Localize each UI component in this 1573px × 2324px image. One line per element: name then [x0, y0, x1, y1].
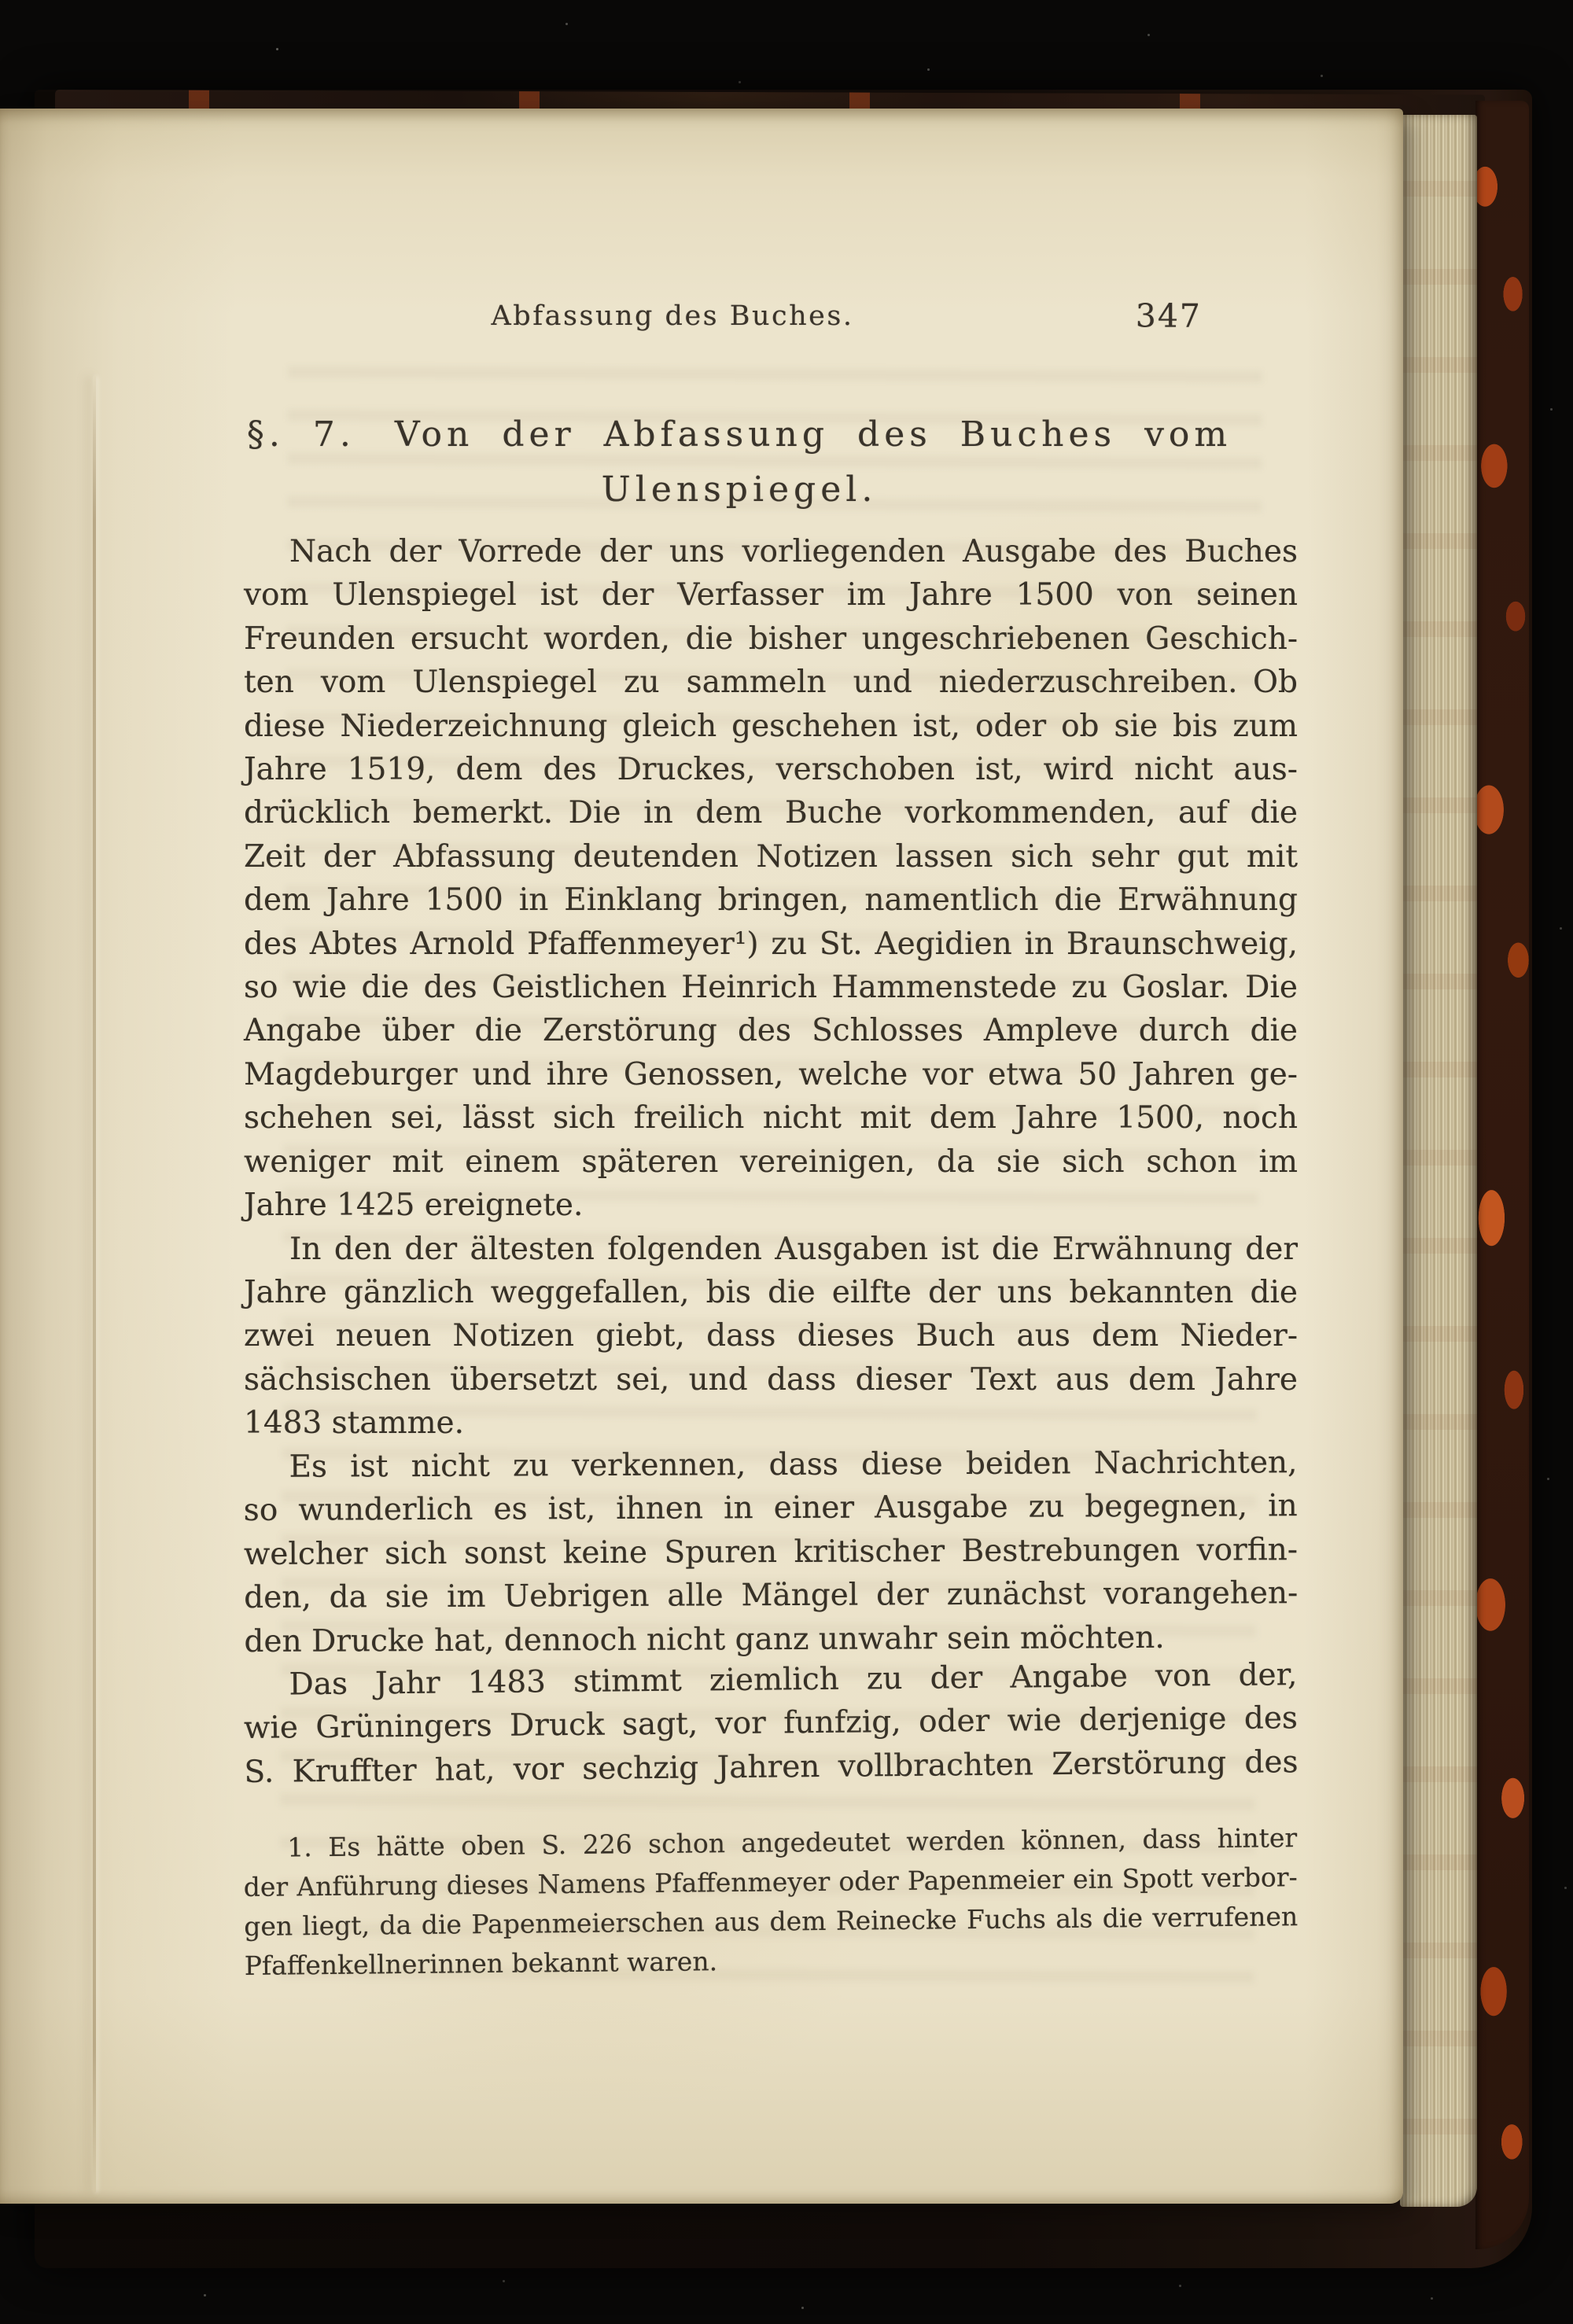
text-line: vom Ulenspiegel ist der Verfasser im Jah…	[244, 573, 1298, 617]
text-block: Nach der Vorrede der uns vorliegenden Au…	[244, 530, 1298, 1986]
text-line: drücklich bemerkt. Die in dem Buche vork…	[244, 791, 1298, 834]
body-paragraph-4: Das Jahr 1483 stimmt ziemlich zu der Ang…	[243, 1653, 1299, 1794]
page-number: 347	[1136, 297, 1202, 335]
text-line: Magdeburger und ihre Genossen, welche vo…	[244, 1053, 1298, 1096]
text-line: so wunderlich es ist, ihnen in einer Aus…	[244, 1484, 1298, 1532]
gutter-crease	[93, 376, 96, 2193]
body-paragraph-2: In den der ältesten folgenden Ausgaben i…	[244, 1228, 1298, 1446]
text-line: so wie die des Geistlichen Heinrich Hamm…	[244, 966, 1298, 1009]
marbled-cover-edge	[1475, 101, 1529, 2249]
text-line: des Abtes Arnold Pfaffenmeyer¹) zu St. A…	[244, 923, 1298, 966]
text-line: weniger mit einem späteren vereinigen, d…	[244, 1140, 1298, 1184]
text-line: sächsischen übersetzt sei, und dass dies…	[244, 1358, 1298, 1401]
book-page: Abfassung des Buches. 347 §. 7. Von der …	[0, 109, 1403, 2204]
text-line: schehen sei, lässt sich freilich nicht m…	[244, 1096, 1298, 1140]
section-heading: §. 7. Von der Abfassung des Buches vom U…	[212, 407, 1266, 517]
text-line: den, da sie im Uebrigen alle Mängel der …	[244, 1571, 1298, 1619]
footnote: 1. Es hätte oben S. 226 schon angedeutet…	[243, 1818, 1299, 1986]
heading-line-2: Ulenspiegel.	[212, 462, 1266, 517]
text-line: 1483 stamme.	[244, 1401, 1298, 1445]
text-line: Es ist nicht zu verkennen, dass diese be…	[243, 1441, 1297, 1489]
text-line: zwei neuen Notizen giebt, dass dieses Bu…	[244, 1314, 1298, 1357]
text-line: Jahre gänzlich weggefallen, bis die eilf…	[244, 1271, 1298, 1314]
text-line: Jahre 1519, dem des Druckes, verschoben …	[244, 748, 1298, 791]
text-line: Jahre 1425 ereignete.	[244, 1184, 1298, 1227]
text-line: welcher sich sonst keine Spuren kritisch…	[244, 1527, 1298, 1575]
text-line: ten vom Ulenspiegel zu sammeln und niede…	[244, 661, 1298, 704]
dust-speckles	[0, 0, 1, 1]
text-line: In den der ältesten folgenden Ausgaben i…	[244, 1228, 1298, 1271]
heading-line-1: §. 7. Von der Abfassung des Buches vom	[212, 407, 1266, 462]
running-header: Abfassung des Buches. 347	[244, 300, 1298, 344]
text-line: diese Niederzeichnung gleich geschehen i…	[244, 705, 1298, 748]
text-line: Zeit der Abfassung deutenden Notizen las…	[244, 835, 1298, 878]
photo-background: Abfassung des Buches. 347 §. 7. Von der …	[0, 0, 1573, 2324]
text-line: Freunden ersucht worden, die bisher unge…	[244, 617, 1298, 661]
text-line: dem Jahre 1500 in Einklang bringen, name…	[244, 878, 1298, 922]
running-title: Abfassung des Buches.	[146, 300, 1199, 332]
text-line: Nach der Vorrede der uns vorliegenden Au…	[244, 530, 1298, 573]
text-line: Angabe über die Zerstörung des Schlosses…	[244, 1009, 1298, 1052]
body-paragraph-1: Nach der Vorrede der uns vorliegenden Au…	[244, 530, 1298, 1228]
page-edge-stack	[1400, 115, 1477, 2207]
body-paragraph-3: Es ist nicht zu verkennen, dass diese be…	[243, 1441, 1298, 1663]
